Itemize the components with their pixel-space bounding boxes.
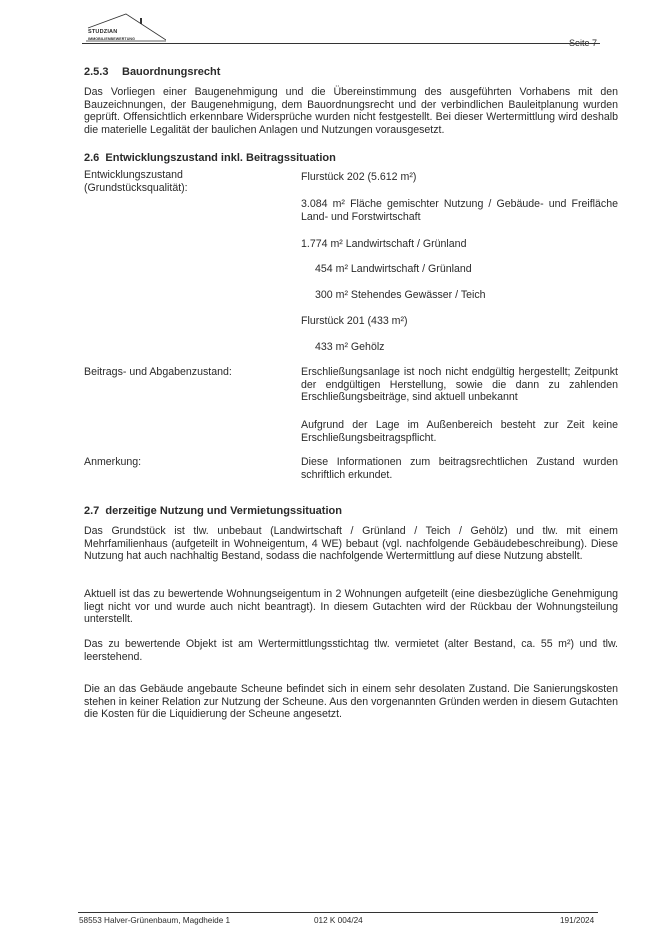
logo-name: STUDZIAN: [88, 29, 117, 35]
section-heading-2-7: 2.7 derzeitige Nutzung und Vermietungssi…: [84, 505, 342, 518]
section-title: Bauordnungsrecht: [122, 66, 220, 78]
value-landwirtschaft-1774: 1.774 m² Landwirtschaft / Grünland: [301, 238, 618, 251]
company-logo: STUDZIAN IMMOBILIENBEWERTUNG: [86, 12, 166, 42]
value-flaeche-gemischt: 3.084 m² Fläche gemischter Nutzung / Geb…: [301, 198, 618, 223]
value-gehoelz-433: 433 m² Gehölz: [315, 341, 618, 354]
label-anmerkung: Anmerkung:: [84, 456, 284, 469]
label-line: (Grundstücksqualität):: [84, 182, 284, 195]
section-title: derzeitige Nutzung und Vermietungssituat…: [105, 505, 342, 517]
paragraph-wohnungsteilung: Aktuell ist das zu bewertende Wohnungsei…: [84, 588, 618, 626]
footer-address: 58553 Halver-Grünenbaum, Magdheide 1: [79, 916, 230, 926]
paragraph-scheune: Die an das Gebäude angebaute Scheune bef…: [84, 683, 618, 721]
value-erschliessungsanlage: Erschließungsanlage ist noch nicht endgü…: [301, 366, 618, 404]
footer-divider: [78, 912, 598, 913]
paragraph-vermietung: Das zu bewertende Objekt ist am Wertermi…: [84, 638, 618, 663]
value-aussenbereich: Aufgrund der Lage im Außenbereich besteh…: [301, 419, 618, 444]
label-entwicklungszustand: Entwicklungszustand (Grundstücksqualität…: [84, 169, 284, 194]
section-heading-2-5-3: 2.5.3Bauordnungsrecht: [84, 66, 220, 79]
section-title: Entwicklungszustand inkl. Beitragssituat…: [105, 152, 335, 164]
label-beitragszustand: Beitrags- und Abgabenzustand:: [84, 366, 284, 379]
page-number: Seite 7: [569, 38, 597, 48]
logo-subtitle: IMMOBILIENBEWERTUNG: [88, 37, 135, 41]
value-anmerkung: Diese Informationen zum beitragsrechtlic…: [301, 456, 618, 481]
paragraph-nutzung: Das Grundstück ist tlw. unbebaut (Landwi…: [84, 525, 618, 563]
header-divider: [82, 43, 600, 44]
value-flurstueck-201: Flurstück 201 (433 m²): [301, 315, 618, 328]
value-landwirtschaft-454: 454 m² Landwirtschaft / Grünland: [315, 263, 618, 276]
footer-reference: 191/2024: [560, 916, 594, 926]
value-teich-300: 300 m² Stehendes Gewässer / Teich: [315, 289, 618, 302]
label-line: Entwicklungszustand: [84, 169, 284, 182]
section-number: 2.7: [84, 505, 99, 517]
footer-file-number: 012 K 004/24: [314, 916, 363, 926]
section-heading-2-6: 2.6 Entwicklungszustand inkl. Beitragssi…: [84, 152, 336, 165]
section-number: 2.5.3: [84, 66, 122, 79]
value-flurstueck-202: Flurstück 202 (5.612 m²): [301, 171, 618, 184]
paragraph-bauordnungsrecht: Das Vorliegen einer Baugenehmigung und d…: [84, 86, 618, 136]
section-number: 2.6: [84, 152, 99, 164]
